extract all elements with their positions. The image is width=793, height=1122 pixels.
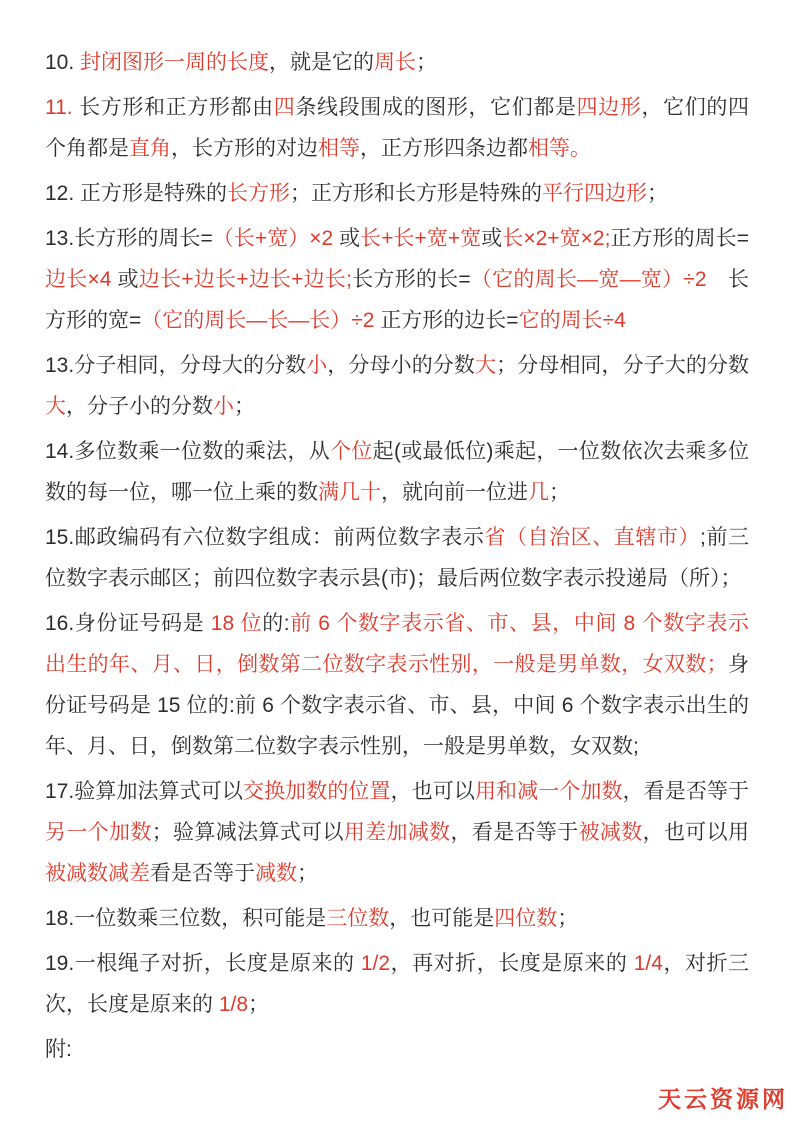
highlighted-text: 减数: [255, 862, 297, 885]
text-segment: 12. 正方形是特殊的: [45, 182, 227, 205]
text-segment: 16.身份证号码是: [45, 612, 211, 635]
highlighted-text: 相等。: [528, 137, 591, 160]
text-segment: ；: [297, 862, 318, 885]
text-segment: ，再对折，长度是原来的: [390, 952, 634, 975]
highlighted-text: 被减数减差: [45, 862, 150, 885]
text-segment: ；正方形和长方形是特殊的: [290, 182, 542, 205]
text-segment: 14.多位数乘一位数的乘法，从: [45, 440, 330, 463]
text-segment: ，就是它的: [269, 51, 374, 74]
highlighted-text: （它的周长—长—长）÷2: [141, 309, 380, 332]
highlighted-text: 四位数: [494, 907, 557, 930]
highlighted-text: 省（自治区、直辖市）: [484, 526, 700, 549]
text-segment: ；: [647, 182, 668, 205]
paragraph: 11. 长方形和正方形都由四条线段围成的图形，它们都是四边形，它们的四个角都是直…: [45, 87, 749, 169]
text-segment: 13.长方形的周长=: [45, 227, 213, 250]
highlighted-text: 几: [528, 481, 549, 504]
highlighted-text: 1/4: [634, 952, 663, 975]
highlighted-text: 周长: [374, 51, 416, 74]
paragraph: 12. 正方形是特殊的长方形；正方形和长方形是特殊的平行四边形；: [45, 173, 749, 214]
text-segment: 看是否等于: [150, 862, 255, 885]
highlighted-text: 封闭图形一周的长度: [80, 51, 269, 74]
highlighted-text: 另一个加数: [45, 821, 152, 844]
text-segment: 或: [481, 227, 502, 250]
text-segment: ；: [234, 395, 255, 418]
paragraph: 10. 封闭图形一周的长度，就是它的周长；: [45, 42, 749, 83]
watermark: 天云资源网: [658, 1081, 788, 1114]
highlighted-text: 长方形: [227, 182, 290, 205]
highlighted-text: 三位数: [326, 907, 389, 930]
paragraph: 15.邮政编码有六位数字组成：前两位数字表示省（自治区、直辖市）;前三位数字表示…: [45, 517, 749, 599]
highlighted-text: 边长×4: [45, 268, 111, 291]
highlighted-text: 相等: [318, 137, 360, 160]
text-segment: 17.验算加法算式可以: [45, 780, 243, 803]
text-segment: ，就向前一位进: [381, 481, 528, 504]
paragraph: 19.一根绳子对折，长度是原来的 1/2，再对折，长度是原来的 1/4，对折三次…: [45, 943, 749, 1025]
highlighted-text: 18 位: [211, 612, 262, 635]
highlighted-text: 交换加数的位置: [243, 780, 391, 803]
highlighted-text: 小: [213, 395, 234, 418]
text-segment: 10.: [45, 51, 80, 74]
paragraph: 14.多位数乘一位数的乘法，从个位起(或最低位)乘起，一位数依次去乘多位数的每一…: [45, 431, 749, 513]
highlighted-text: 长×2+宽×2;: [502, 227, 610, 250]
text-segment: ，也可以: [391, 780, 475, 803]
text-segment: ，长方形的对边: [171, 137, 318, 160]
highlighted-text: 大: [475, 354, 496, 377]
text-segment: 19.一根绳子对折，长度是原来的: [45, 952, 361, 975]
text-segment: 13.分子相同，分母大的分数: [45, 354, 306, 377]
text-segment: ；验算减法算式可以: [152, 821, 344, 844]
highlighted-text: 11.: [45, 96, 79, 119]
text-segment: ，分母小的分数: [327, 354, 475, 377]
text-segment: 条线段围成的图形，它们都是: [295, 96, 576, 119]
highlighted-text: 边长+边长+边长+边长;: [139, 268, 352, 291]
text-segment: 正方形的周长=: [610, 227, 749, 250]
text-segment: ，看是否等于: [623, 780, 749, 803]
paragraph: 16.身份证号码是 18 位的:前 6 个数字表示省、市、县，中间 8 个数字表…: [45, 603, 749, 767]
text-segment: ，也可以用: [643, 821, 749, 844]
highlighted-text: （它的周长—宽—宽）÷2: [471, 268, 707, 291]
text-segment: ，也可能是: [389, 907, 494, 930]
text-segment: ；分母相同，分子大的分数: [496, 354, 749, 377]
highlighted-text: 用差加减数: [344, 821, 451, 844]
text-segment: 长方形的长=: [352, 268, 471, 291]
highlighted-text: 1/2: [361, 952, 390, 975]
highlighted-text: 小: [306, 354, 327, 377]
paragraph: 附:: [45, 1029, 749, 1070]
text-segment: ，正方形四条边都: [360, 137, 528, 160]
highlighted-text: 1/8: [219, 993, 248, 1016]
text-segment: ，分子小的分数: [66, 395, 213, 418]
highlighted-text: 用和减一个加数: [475, 780, 623, 803]
highlighted-text: 长+长+宽+宽: [360, 227, 481, 250]
paragraph: 18.一位数乘三位数，积可能是三位数，也可能是四位数；: [45, 898, 749, 939]
highlighted-text: 它的周长÷4: [519, 309, 626, 332]
paragraph: 13.长方形的周长=（长+宽）×2 或长+长+宽+宽或长×2+宽×2;正方形的周…: [45, 218, 749, 341]
highlighted-text: 四边形: [577, 96, 642, 119]
document-body: 10. 封闭图形一周的长度，就是它的周长；11. 长方形和正方形都由四条线段围成…: [0, 0, 793, 1070]
text-segment: 附:: [45, 1038, 72, 1061]
highlighted-text: 四: [274, 96, 296, 119]
paragraph: 13.分子相同，分母大的分数小，分母小的分数大；分母相同，分子大的分数大，分子小…: [45, 345, 749, 427]
highlighted-text: 个位: [330, 440, 373, 463]
highlighted-text: 大: [45, 395, 66, 418]
highlighted-text: （长+宽）×2: [213, 227, 333, 250]
text-segment: 长方形和正方形都由: [79, 96, 274, 119]
text-segment: 或: [333, 227, 360, 250]
text-segment: 正方形的边长=: [380, 309, 518, 332]
text-segment: ；: [416, 51, 437, 74]
highlighted-text: 满几十: [318, 481, 381, 504]
highlighted-text: 平行四边形: [542, 182, 647, 205]
text-segment: ，看是否等于: [451, 821, 579, 844]
text-segment: ；: [248, 993, 269, 1016]
highlighted-text: 直角: [129, 137, 171, 160]
highlighted-text: 被减数: [579, 821, 643, 844]
paragraph: 17.验算加法算式可以交换加数的位置，也可以用和减一个加数，看是否等于另一个加数…: [45, 771, 749, 894]
text-segment: 18.一位数乘三位数，积可能是: [45, 907, 326, 930]
text-segment: ；: [549, 481, 570, 504]
text-segment: 的:: [262, 612, 289, 635]
text-segment: 或: [111, 268, 138, 291]
text-segment: 15.邮政编码有六位数字组成：前两位数字表示: [45, 526, 484, 549]
text-segment: ；: [557, 907, 578, 930]
